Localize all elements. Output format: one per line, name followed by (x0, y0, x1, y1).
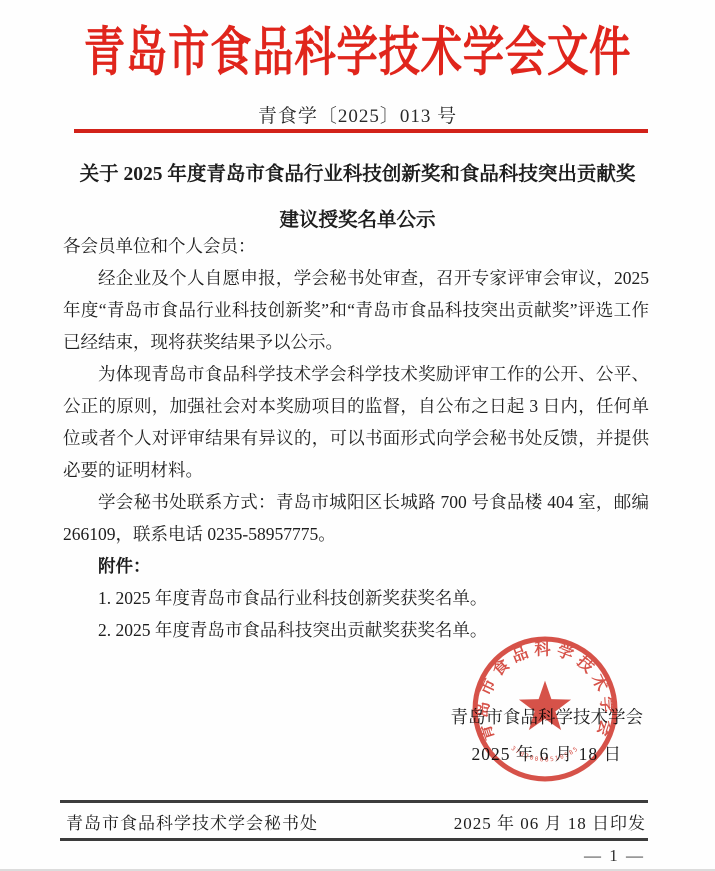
attachment-label: 附件： (63, 550, 649, 582)
page-number: — 1 — (584, 846, 645, 866)
body-paragraph: 学会秘书处联系方式：青岛市城阳区长城路 700 号食品楼 404 室，邮编 26… (63, 486, 649, 550)
attachment-item-1: 1. 2025 年度青岛市食品行业科技创新奖获奖名单。 (63, 582, 649, 614)
footer-row: 青岛市食品科学技术学会秘书处 2025 年 06 月 18 日印发 (66, 809, 646, 834)
body-paragraph: 经企业及个人自愿申报，学会秘书处审查，召开专家评审会审议，2025 年度“青岛市… (63, 262, 649, 358)
footer-print-date: 2025 年 06 月 18 日印发 (454, 809, 646, 834)
salutation-line: 各会员单位和个人会员： (63, 230, 649, 262)
document-title-line1: 关于 2025 年度青岛市食品行业科技创新奖和食品科技突出贡献奖 (40, 152, 675, 198)
red-divider-line (74, 129, 648, 133)
official-document-page: 青岛市食品科学技术学会文件 青食学〔2025〕013 号 关于 2025 年度青… (0, 0, 715, 871)
document-header-title: 青岛市食品科学技术学会文件 (79, 10, 637, 86)
document-number: 青食学〔2025〕013 号 (0, 101, 715, 128)
footer-top-rule (60, 800, 648, 803)
footer-issuer: 青岛市食品科学技术学会秘书处 (66, 809, 318, 834)
attachment-item-2: 2. 2025 年度青岛市食品科技突出贡献奖获奖名单。 (63, 614, 649, 646)
signature-block: 青岛市食品科学技术学会 2025 年 6 月 18 日 (451, 699, 644, 773)
footer-bottom-rule (60, 838, 648, 841)
signature-organization: 青岛市食品科学技术学会 (451, 699, 644, 736)
body-paragraph: 为体现青岛市食品科学技术学会科学技术奖励评审工作的公开、公平、公正的原则，加强社… (63, 358, 649, 486)
document-body: 各会员单位和个人会员： 经企业及个人自愿申报，学会秘书处审查，召开专家评审会审议… (63, 230, 649, 646)
signature-date: 2025 年 6 月 18 日 (451, 736, 644, 773)
